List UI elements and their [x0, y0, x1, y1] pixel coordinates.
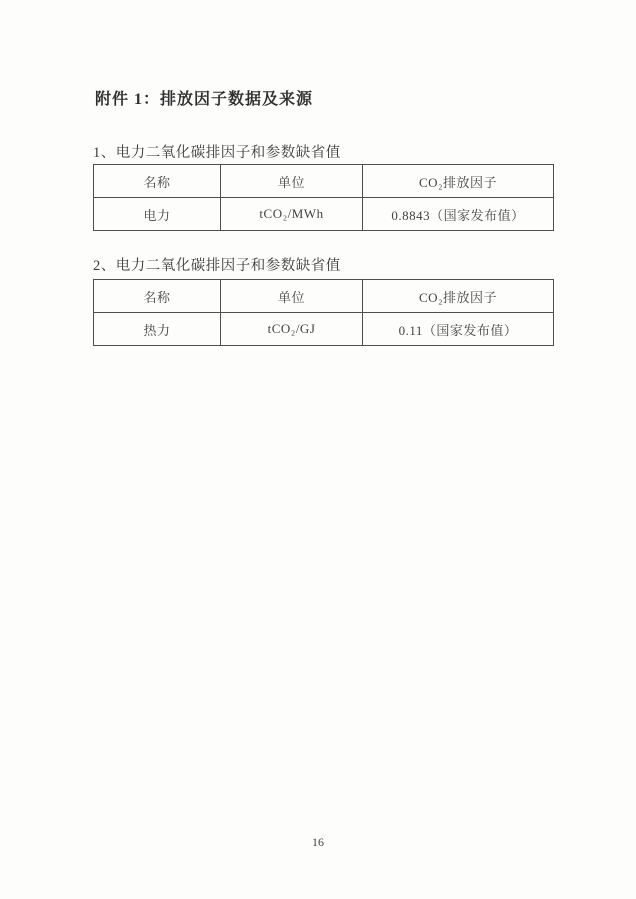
electricity-emission-factor-table: 名称 单位 CO₂排放因子 电力 tCO₂/MWh 0.8843（国家发布值） [93, 164, 554, 231]
table-2-cell-name: 热力 [94, 313, 221, 346]
table-2-cell-unit: tCO₂/GJ [221, 313, 363, 346]
heat-emission-factor-table: 名称 单位 CO₂排放因子 热力 tCO₂/GJ 0.11（国家发布值） [93, 279, 554, 346]
section-1-heading: 1、电力二氧化碳排因子和参数缺省值 [93, 141, 341, 162]
table-2-header-row: 名称 单位 CO₂排放因子 [94, 280, 554, 313]
table-1-cell-factor-value: 0.8843（国家发布值） [363, 198, 554, 231]
table-1-header-row: 名称 单位 CO₂排放因子 [94, 165, 554, 198]
page-title: 附件 1：排放因子数据及来源 [95, 86, 313, 109]
table-1-cell-unit: tCO₂/MWh [221, 198, 363, 231]
table-1-header-unit: 单位 [221, 165, 363, 198]
table-1-data-row: 电力 tCO₂/MWh 0.8843（国家发布值） [94, 198, 554, 231]
table-2-header-name: 名称 [94, 280, 221, 313]
table-2-data-row: 热力 tCO₂/GJ 0.11（国家发布值） [94, 313, 554, 346]
table-1-header-co2-factor: CO₂排放因子 [363, 165, 554, 198]
page-number: 16 [0, 835, 636, 850]
section-2-heading: 2、电力二氧化碳排因子和参数缺省值 [93, 254, 341, 275]
table-1-header-name: 名称 [94, 165, 221, 198]
table-2-cell-factor-value: 0.11（国家发布值） [363, 313, 554, 346]
table-2-header-co2-factor: CO₂排放因子 [363, 280, 554, 313]
table-2-header-unit: 单位 [221, 280, 363, 313]
document-page: 附件 1：排放因子数据及来源 1、电力二氧化碳排因子和参数缺省值 名称 单位 C… [0, 0, 636, 899]
table-1-cell-name: 电力 [94, 198, 221, 231]
